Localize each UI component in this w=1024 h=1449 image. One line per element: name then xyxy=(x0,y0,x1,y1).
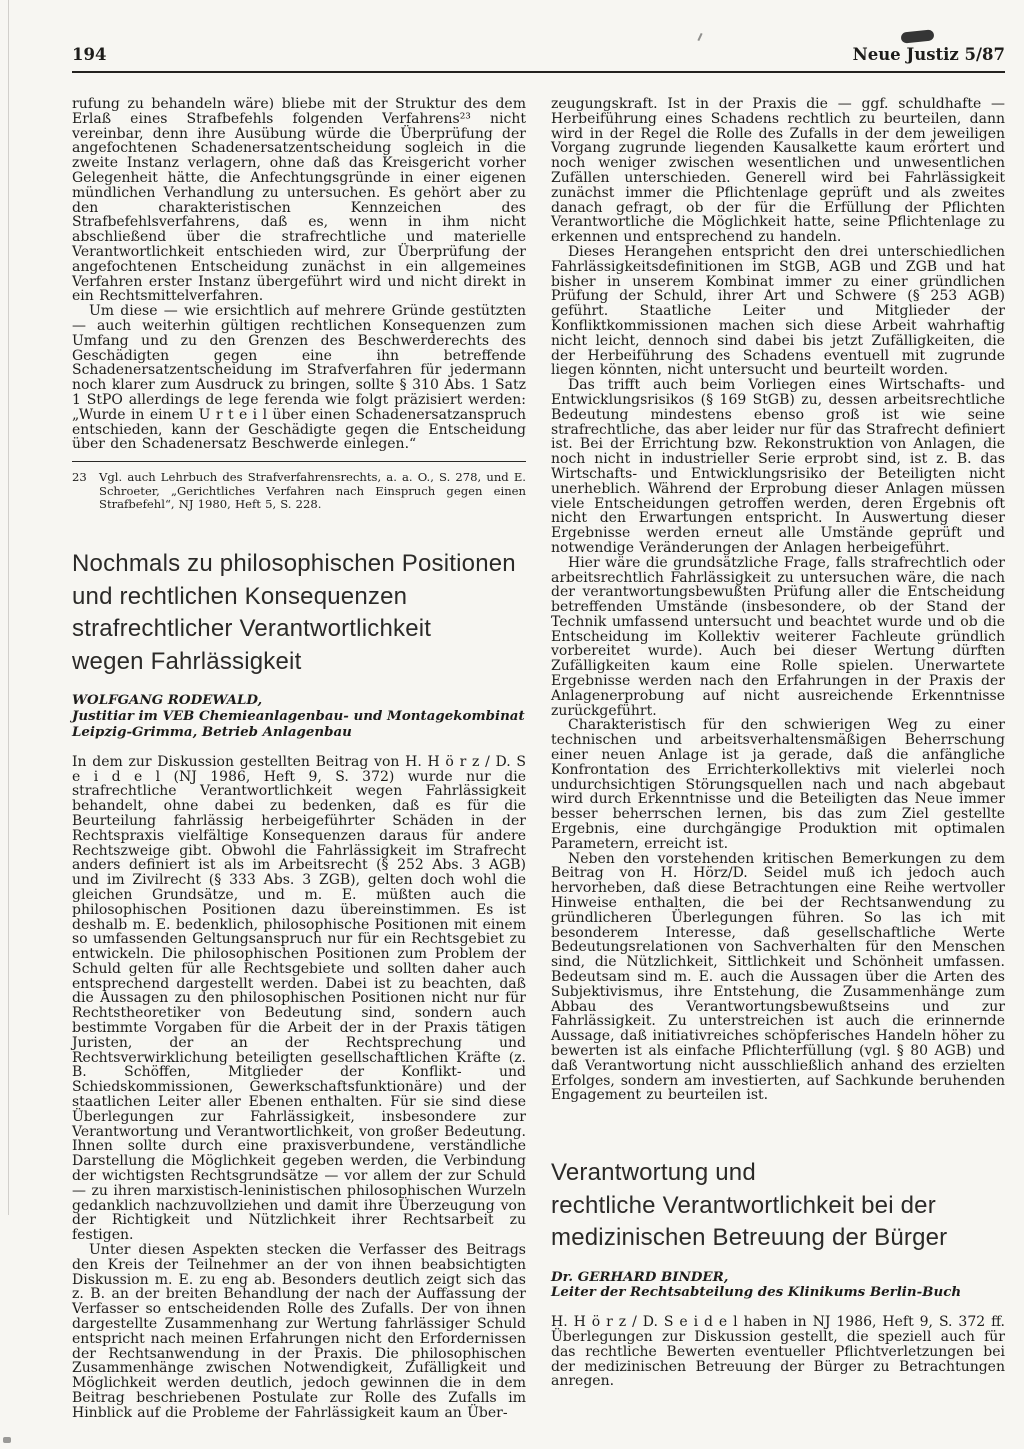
article-title-line: medizinischen Betreuung der Bürger xyxy=(551,1222,1005,1255)
paragraph: zeugungskraft. Ist in der Praxis die — g… xyxy=(551,97,1005,245)
page-header: 194 Neue Justiz 5/87 xyxy=(72,46,1005,73)
paragraph: Hier wäre die grundsätzliche Frage, fall… xyxy=(551,556,1005,719)
article-1-body: In dem zur Diskussion gestellten Beitrag… xyxy=(72,755,526,1421)
scan-artifact-mark xyxy=(3,1437,11,1443)
paragraph: Das trifft auch beim Vorliegen eines Wir… xyxy=(551,378,1005,556)
paragraph: Neben den vorstehenden kritischen Bemerk… xyxy=(551,852,1005,1104)
two-column-layout: rufung zu behandeln wäre) bliebe mit der… xyxy=(72,97,1005,1421)
scan-artifact-mark xyxy=(697,33,702,41)
paragraph: Dieses Herangehen entspricht den drei un… xyxy=(551,245,1005,378)
footnote-number: 23 xyxy=(72,471,87,484)
article-1: Nochmals zu philosophischen Positionenun… xyxy=(72,548,526,1420)
article-1-body-continued: zeugungskraft. Ist in der Praxis die — g… xyxy=(551,97,1005,1103)
journal-page-scan: 194 Neue Justiz 5/87 rufung zu behandeln… xyxy=(0,0,1024,1449)
article-title-line: und rechtlichen Konsequenzen xyxy=(72,581,526,614)
article-2-body: H. H ö r z / D. S e i d e l haben in NJ … xyxy=(551,1315,1005,1389)
paragraph: Um diese — wie ersichtlich auf mehrere G… xyxy=(72,304,526,452)
scan-artifact-line xyxy=(8,0,9,1215)
scan-artifact-mark xyxy=(901,29,935,43)
footnote: 23 Vgl. auch Lehrbuch des Strafverfahren… xyxy=(72,471,526,511)
article-title-line: Verantwortung und xyxy=(551,1157,1005,1190)
article-1-title: Nochmals zu philosophischen Positionenun… xyxy=(72,548,526,678)
carryover-text: rufung zu behandeln wäre) bliebe mit der… xyxy=(72,97,526,452)
paragraph: In dem zur Diskussion gestellten Beitrag… xyxy=(72,755,526,1243)
article-title-line: Nochmals zu philosophischen Positionen xyxy=(72,548,526,581)
journal-title: Neue Justiz 5/87 xyxy=(853,46,1005,64)
article-title-line: strafrechtlicher Verantwortlichkeit xyxy=(72,613,526,646)
page-number: 194 xyxy=(72,46,106,64)
footnote-text: Vgl. auch Lehrbuch des Strafverfahrensre… xyxy=(99,470,526,511)
footnote-separator xyxy=(72,461,526,462)
author-affiliation: Justitiar im VEB Chemieanlagenbau- und M… xyxy=(72,709,526,741)
author-name: WOLFGANG RODEWALD, xyxy=(72,693,526,709)
article-2-author: Dr. GERHARD BINDER, Leiter der Rechtsabt… xyxy=(551,1270,1005,1302)
article-title-line: wegen Fahrlässigkeit xyxy=(72,646,526,679)
paragraph: Charakteristisch für den schwierigen Weg… xyxy=(551,718,1005,851)
article-2-title: Verantwortung undrechtliche Verantwortli… xyxy=(551,1157,1005,1255)
paragraph: H. H ö r z / D. S e i d e l haben in NJ … xyxy=(551,1315,1005,1389)
author-affiliation: Leiter der Rechtsabteilung des Klinikums… xyxy=(551,1285,1005,1301)
left-column: rufung zu behandeln wäre) bliebe mit der… xyxy=(72,97,526,1421)
author-name: Dr. GERHARD BINDER, xyxy=(551,1270,1005,1286)
article-1-author: WOLFGANG RODEWALD, Justitiar im VEB Chem… xyxy=(72,693,526,740)
article-2: Verantwortung undrechtliche Verantwortli… xyxy=(551,1157,1005,1389)
paragraph: rufung zu behandeln wäre) bliebe mit der… xyxy=(72,97,526,304)
paragraph: Unter diesen Aspekten stecken die Verfas… xyxy=(72,1243,526,1421)
right-column: zeugungskraft. Ist in der Praxis die — g… xyxy=(551,97,1005,1421)
article-title-line: rechtliche Verantwortlichkeit bei der xyxy=(551,1190,1005,1223)
